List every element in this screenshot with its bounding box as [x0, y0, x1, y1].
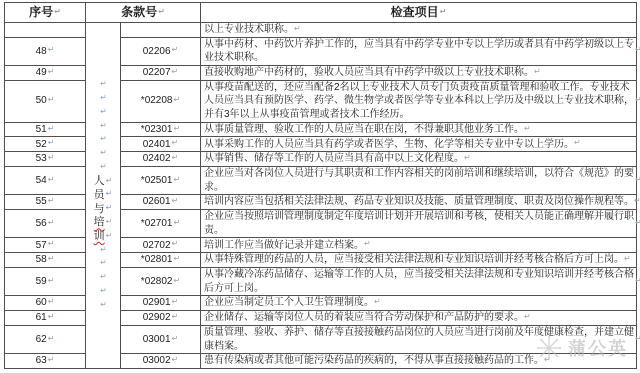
clause-cell: 02206↵ — [121, 38, 201, 66]
clause-cell: 02901↵ — [121, 296, 201, 311]
clause-cell-text: 02401 — [143, 138, 171, 152]
serial-cell: 48↵ — [5, 38, 86, 66]
serial-cell-text: 51 — [36, 123, 47, 137]
item-cell: 患有传染病或者其他可能污染药品的疾病的，不得从事直接接触药品的工作。↵ — [201, 354, 636, 368]
paragraph-mark-icon: ↵ — [100, 80, 107, 88]
serial-cell-text: 48 — [36, 45, 47, 59]
serial-cell-text: 49 — [36, 66, 47, 80]
item-cell: 从事中药材、中药饮片养护工作的，应当具有中药学专业中专以上学历或者具有中药学初级… — [201, 38, 636, 66]
clause-cell-text: *02501 — [141, 174, 173, 188]
vertical-category-char: 人↵ — [94, 175, 113, 189]
clause-cell-text: 02902 — [143, 311, 171, 325]
col-header-item-text: 检查项目 — [391, 6, 439, 20]
paragraph-mark-icon: ↵ — [100, 122, 107, 130]
paragraph-mark-icon: ↵ — [106, 177, 113, 185]
paragraph-mark-icon: ↵ — [54, 8, 61, 16]
item-cell: 企业应当按照培训管理制度制定年度培训计划并开展培训和考核，使相关人员能正确理解并… — [201, 210, 636, 238]
paragraph-mark-icon: ↵ — [100, 287, 107, 295]
serial-cell-text: 56 — [36, 217, 47, 231]
vertical-category-char: 培↵ — [94, 216, 113, 230]
serial-cell-text: 53 — [36, 152, 47, 166]
paragraph-mark-icon: ↵ — [106, 190, 113, 198]
paragraph-mark-icon: ↵ — [48, 219, 55, 227]
item-cell: 从事销售、储存等工作的人员应当具有高中以上文化程度。↵ — [201, 152, 636, 167]
vertical-category-char-text: 培 — [94, 216, 105, 230]
clause-cell-text: *02801 — [141, 253, 173, 267]
vertical-category-char: 与↵ — [94, 202, 113, 216]
clause-cell-text: 02402 — [143, 152, 171, 166]
paragraph-mark-line: ↵ — [99, 258, 107, 272]
paragraph-mark-icon: ↵ — [106, 204, 113, 212]
paragraph-mark-line: ↵ — [99, 161, 107, 175]
paragraph-mark-icon: ↵ — [100, 135, 107, 143]
paragraph-mark-icon: ↵ — [174, 125, 181, 133]
paragraph-mark-icon: ↵ — [172, 139, 179, 147]
clause-cell: *02802↵ — [121, 268, 201, 296]
serial-cell: 49↵ — [5, 66, 86, 81]
clause-cell-text: 03001 — [143, 333, 171, 347]
clause-cell: 02702↵ — [121, 238, 201, 253]
serial-cell-text: 58 — [36, 253, 47, 267]
clause-cell: *02801↵ — [121, 253, 201, 268]
paragraph-mark-icon: ↵ — [100, 94, 107, 102]
paragraph-mark-icon: ↵ — [48, 68, 55, 76]
vertical-category-char-text: 与 — [94, 203, 105, 217]
clause-cell: *02701↵ — [121, 210, 201, 238]
item-cell-text: 从事销售、储存等工作的人员应当具有高中以上文化程度。 — [204, 152, 464, 166]
col-header-item: 检查项目 ↵ — [201, 3, 636, 23]
vertical-category-char: 训↵ — [94, 230, 113, 244]
paragraph-mark-icon: ↵ — [174, 219, 181, 227]
paragraph-mark-icon: ↵ — [106, 232, 113, 240]
item-cell-text: 质量管理、验收、养护、储存等直接接触药品岗位的人员应当进行岗前及年度健康检查，并… — [204, 326, 635, 353]
clause-cell-text: 02901 — [143, 296, 171, 310]
serial-cell-text: 57 — [36, 239, 47, 253]
serial-cell: 51↵ — [5, 123, 86, 138]
item-cell: 培训内容应当包括相关法律法规、药品专业知识及技能、质量管理制度、职责及岗位操作规… — [201, 195, 636, 210]
col-header-serial-text: 序号 — [29, 6, 53, 20]
serial-cell-text: 62 — [36, 333, 47, 347]
serial-cell-text: 61 — [36, 311, 47, 325]
item-cell-text: 从事疫苗配送的，还应当配备2名以上专业技术人员专门负责疫苗质量管理和验收工作。专… — [204, 81, 635, 122]
paragraph-mark-line: ↵ — [99, 106, 107, 120]
item-cell: 企业应当对各岗位人员进行与其职责和工作内容相关的岗前培训和继续培训，以符合《规范… — [201, 167, 636, 195]
paragraph-mark-line: ↵ — [99, 299, 107, 313]
item-cell-text: 直接收购地产中药材的，验收人员应当具有中药学中级以上专业技术职称。 — [204, 66, 534, 80]
serial-cell: 54↵ — [5, 167, 86, 195]
paragraph-mark-icon: ↵ — [48, 154, 55, 162]
clause-cell-text: 03002 — [143, 354, 171, 368]
paragraph-mark-icon: ↵ — [100, 273, 107, 281]
paragraph-mark-icon: ↵ — [48, 255, 55, 263]
inspection-table: 序号 ↵ 条款号 ↵ 检查项目 ↵ ↵↵↵↵↵↵↵人↵员↵与↵培↵训↵↵↵↵↵↵… — [4, 2, 637, 369]
paragraph-mark-icon: ↵ — [48, 139, 55, 147]
paragraph-mark-line: ↵ — [99, 147, 107, 161]
merged-category-cell-personnel-training: ↵↵↵↵↵↵↵人↵员↵与↵培↵训↵↵↵↵↵↵ — [86, 23, 121, 368]
serial-cell: 62↵ — [5, 326, 86, 354]
paragraph-mark-icon: ↵ — [106, 218, 113, 226]
serial-cell: 63↵ — [5, 354, 86, 368]
paragraph-mark-icon: ↵ — [48, 197, 55, 205]
paragraph-mark-icon: ↵ — [172, 313, 179, 321]
item-cell: 直接收购地产中药材的，验收人员应当具有中药学中级以上专业技术职称。↵ — [201, 66, 636, 81]
paragraph-mark-icon: ↵ — [100, 163, 107, 171]
col-header-serial: 序号 ↵ — [5, 3, 86, 23]
item-cell: 从事冷藏冷冻药品储存、运输等工作的人员，应当接受相关法律法规和专业知识培训并经考… — [201, 268, 636, 296]
paragraph-mark-line: ↵ — [99, 78, 107, 92]
item-cell-text: 企业应当按照培训管理制度制定年度培训计划并开展培训和考核，使相关人员能正确理解并… — [204, 210, 635, 237]
clause-cell: 02601↵ — [121, 195, 201, 210]
paragraph-mark-icon: ↵ — [48, 240, 55, 248]
document-page: 序号 ↵ 条款号 ↵ 检查项目 ↵ ↵↵↵↵↵↵↵人↵员↵与↵培↵训↵↵↵↵↵↵… — [0, 0, 640, 373]
vertical-category-char-text: 员 — [94, 189, 105, 203]
vertical-category-char-text: 人 — [94, 175, 105, 189]
clause-cell-text: 02206 — [143, 45, 171, 59]
serial-cell: 59↵ — [5, 268, 86, 296]
item-cell-text: 从事质量管理、验收工作的人员应当在职在岗，不得兼职其他业务工作。 — [204, 123, 524, 137]
serial-cell-text: 60 — [36, 296, 47, 310]
serial-cell: 52↵ — [5, 137, 86, 152]
clause-cell: 02902↵ — [121, 311, 201, 326]
item-cell: 以上专业技术职称。↵ — [201, 23, 636, 38]
serial-cell: 57↵ — [5, 238, 86, 253]
paragraph-mark-icon: ↵ — [48, 96, 55, 104]
paragraph-mark-icon: ↵ — [100, 108, 107, 116]
paragraph-mark-line: ↵ — [99, 285, 107, 299]
serial-cell-text: 59 — [36, 275, 47, 289]
paragraph-mark-line: ↵ — [99, 133, 107, 147]
item-cell-text: 从事中药材、中药饮片养护工作的，应当具有中药学专业中专以上学历或者具有中药学初级… — [204, 38, 635, 65]
paragraph-mark-icon: ↵ — [48, 46, 55, 54]
item-cell-text: 企业储存、运输等岗位人员的着装应当符合劳动保护和产品防护的要求。 — [204, 311, 524, 325]
clause-cell: *02501↵ — [121, 167, 201, 195]
paragraph-mark-icon: ↵ — [48, 125, 55, 133]
clause-cell-text: *02802 — [141, 275, 173, 289]
clause-cell-text: 02702 — [143, 239, 171, 253]
item-cell-text: 企业应当制定员工个人卫生管理制度。 — [204, 296, 374, 310]
serial-cell: 61↵ — [5, 311, 86, 326]
clause-cell: *02301↵ — [121, 123, 201, 138]
item-cell-text: 以上专业技术职称。 — [204, 23, 294, 37]
item-cell-text: 从事采购工作的人员应当具有药学或者医学、生物、化学等相关专业中专以上学历。 — [204, 138, 574, 152]
paragraph-mark-icon: ↵ — [172, 240, 179, 248]
serial-cell: 53↵ — [5, 152, 86, 167]
clause-cell: 03001↵ — [121, 326, 201, 354]
item-cell: 从事特殊管理的药品的人员，应当接受相关法律法规和专业知识培训并经考核合格后方可上… — [201, 253, 636, 268]
item-cell-text: 患有传染病或者其他可能污染药品的疾病的，不得从事直接接触药品的工作。 — [204, 354, 544, 368]
clause-cell — [121, 23, 201, 38]
serial-cell-text: 54 — [36, 174, 47, 188]
serial-cell: 56↵ — [5, 210, 86, 238]
paragraph-mark-icon: ↵ — [440, 8, 447, 16]
serial-cell: 50↵ — [5, 81, 86, 123]
clause-cell-text: *02701 — [141, 217, 173, 231]
clause-cell-text: 02207 — [143, 66, 171, 80]
paragraph-mark-icon: ↵ — [174, 255, 181, 263]
paragraph-mark-line: ↵ — [99, 92, 107, 106]
col-header-clause-text: 条款号 — [121, 6, 157, 20]
paragraph-mark-icon: ↵ — [174, 277, 181, 285]
item-cell: 企业储存、运输等岗位人员的着装应当符合劳动保护和产品防护的要求。↵ — [201, 311, 636, 326]
item-cell: 从事疫苗配送的，还应当配备2名以上专业技术人员专门负责疫苗质量管理和验收工作。专… — [201, 81, 636, 123]
clause-cell-text: *02301 — [141, 123, 173, 137]
paragraph-mark-icon: ↵ — [172, 154, 179, 162]
item-cell: 质量管理、验收、养护、储存等直接接触药品岗位的人员应当进行岗前及年度健康检查，并… — [201, 326, 636, 354]
item-cell-text: 企业应当对各岗位人员进行与其职责和工作内容相关的岗前培训和继续培训，以符合《规范… — [204, 167, 635, 194]
item-cell: 从事质量管理、验收工作的人员应当在职在岗，不得兼职其他业务工作。↵ — [201, 123, 636, 138]
serial-cell: 60↵ — [5, 296, 86, 311]
vertical-category-char: 员↵ — [94, 189, 113, 203]
clause-cell: 02207↵ — [121, 66, 201, 81]
item-cell: 从事采购工作的人员应当具有药学或者医学、生物、化学等相关专业中专以上学历。↵ — [201, 137, 636, 152]
paragraph-mark-icon: ↵ — [172, 68, 179, 76]
paragraph-mark-icon: ↵ — [174, 176, 181, 184]
paragraph-mark-icon: ↵ — [100, 149, 107, 157]
paragraph-mark-icon: ↵ — [48, 277, 55, 285]
item-cell: 培训工作应当做好记录并建立档案。↵ — [201, 238, 636, 253]
serial-cell: 58↵ — [5, 253, 86, 268]
item-cell-text: 培训内容应当包括相关法律法规、药品专业知识及技能、质量管理制度、职责及岗位操作规… — [204, 195, 634, 209]
paragraph-mark-icon: ↵ — [48, 298, 55, 306]
paragraph-mark-icon: ↵ — [100, 301, 107, 309]
clause-cell: 03002↵ — [121, 354, 201, 368]
vertical-category-char-text: 训 — [94, 230, 105, 244]
clause-cell: *02208↵ — [121, 81, 201, 123]
paragraph-mark-icon: ↵ — [48, 313, 55, 321]
paragraph-mark-icon: ↵ — [100, 259, 107, 267]
paragraph-mark-icon: ↵ — [158, 8, 165, 16]
paragraph-mark-icon: ↵ — [48, 356, 55, 364]
paragraph-mark-icon: ↵ — [172, 46, 179, 54]
serial-cell-text: 52 — [36, 138, 47, 152]
clause-cell: 02401↵ — [121, 137, 201, 152]
paragraph-mark-icon: ↵ — [172, 197, 179, 205]
serial-cell: 55↵ — [5, 195, 86, 210]
paragraph-mark-line: ↵ — [99, 271, 107, 285]
paragraph-mark-icon: ↵ — [100, 246, 107, 254]
paragraph-mark-icon: ↵ — [172, 335, 179, 343]
item-cell-text: 从事冷藏冷冻药品储存、运输等工作的人员，应当接受相关法律法规和专业知识培训并经考… — [204, 268, 635, 295]
item-cell: 企业应当制定员工个人卫生管理制度。↵ — [201, 296, 636, 311]
clause-cell-text: *02208 — [141, 94, 173, 108]
paragraph-mark-icon: ↵ — [174, 96, 181, 104]
paragraph-mark-line: ↵ — [99, 120, 107, 134]
paragraph-mark-icon: ↵ — [48, 335, 55, 343]
paragraph-mark-line: ↵ — [99, 244, 107, 258]
clause-cell: 02402↵ — [121, 152, 201, 167]
item-cell-text: 从事特殊管理的药品的人员，应当接受相关法律法规和专业知识培训并经考核合格后方可上… — [204, 253, 624, 267]
clause-cell-text: 02601 — [143, 195, 171, 209]
paragraph-mark-icon: ↵ — [172, 356, 179, 364]
item-cell-text: 培训工作应当做好记录并建立档案。 — [204, 239, 364, 253]
serial-cell-text: 55 — [36, 195, 47, 209]
paragraph-mark-icon: ↵ — [48, 176, 55, 184]
serial-cell-text: 63 — [36, 354, 47, 368]
serial-cell — [5, 23, 86, 38]
paragraph-mark-icon: ↵ — [172, 298, 179, 306]
col-header-clause: 条款号 ↵ — [86, 3, 201, 23]
serial-cell-text: 50 — [36, 94, 47, 108]
